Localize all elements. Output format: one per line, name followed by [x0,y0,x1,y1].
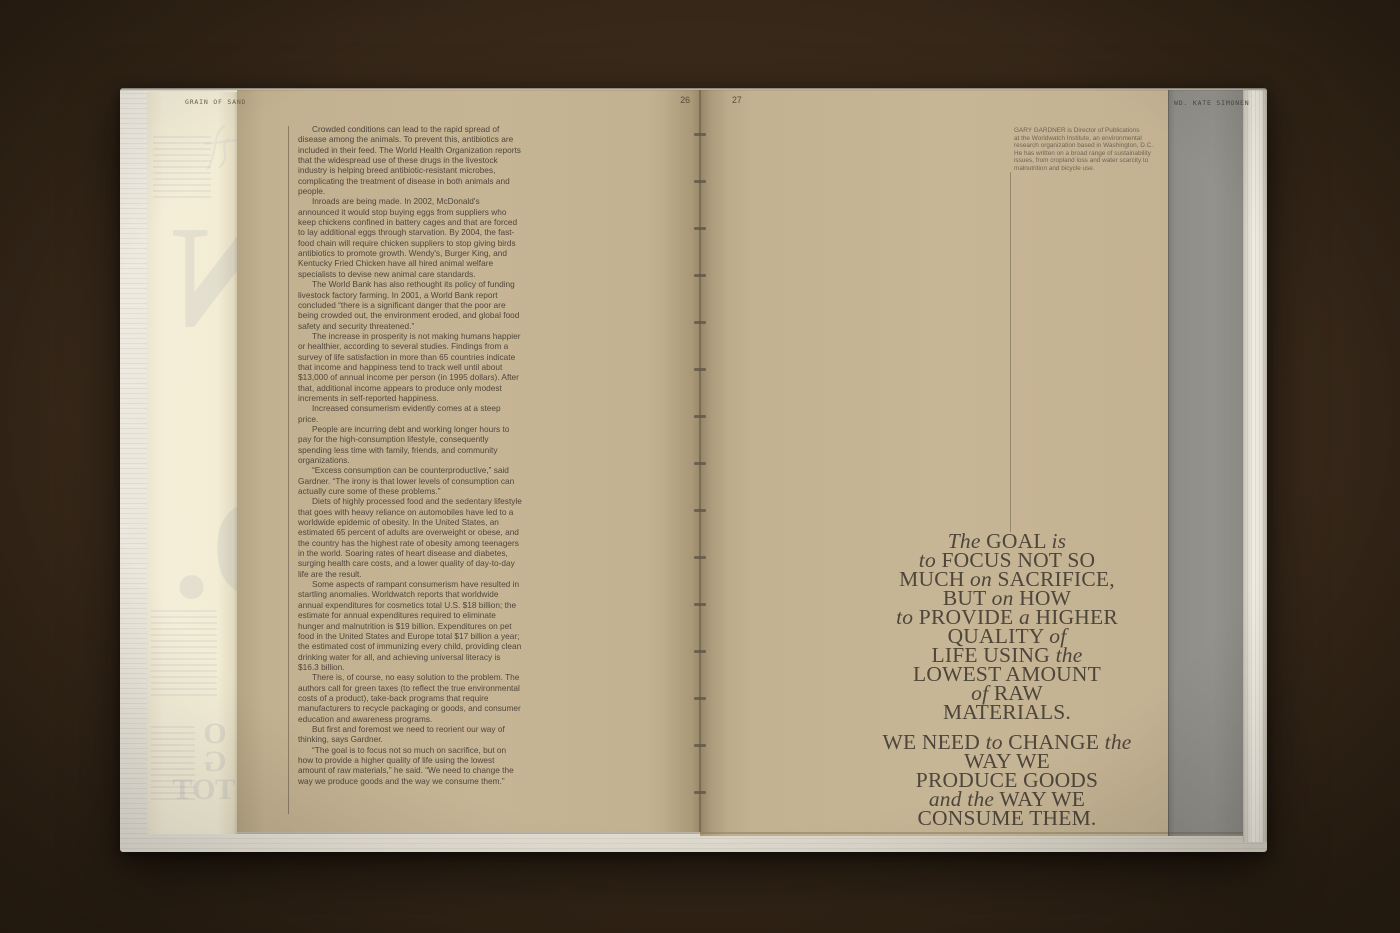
article-text: Crowded conditions can lead to the rapid… [298,124,522,786]
stitch-mark [694,791,706,794]
page-top-edge [120,88,1267,91]
quote-word-caps: CONSUME THEM. [918,806,1097,830]
stitch-mark [694,603,706,606]
caption-line: research organization based in Washingto… [1014,142,1154,150]
caption-line: GARY GARDNER is Director of Publications [1014,127,1154,135]
caption-line: He has written on a broad range of susta… [1014,150,1154,158]
stitch-mark [694,227,706,230]
ghost-letter-d: D. [173,474,237,622]
ghost-letter: G [195,748,235,776]
caption-rule [1010,172,1011,532]
stitch-mark [694,556,706,559]
paragraph: Increased consumerism evidently comes at… [298,403,522,424]
ghost-letter-stack: OGTOT [195,720,235,804]
stitch-mark [694,462,706,465]
stitch-mark [694,180,706,183]
paragraph: Diets of highly processed food and the s… [298,496,522,579]
stitch-mark [694,650,706,653]
ghost-letter: O [195,720,235,748]
stitch-mark [694,744,706,747]
paragraph: Inroads are being made. In 2002, McDonal… [298,196,522,279]
cream-page: N D. OGTOT [147,92,237,834]
caption-line: at the Worldwatch Institute, an environm… [1014,135,1154,143]
stitch-mark [694,509,706,512]
paragraph: “Excess consumption can be counterproduc… [298,465,522,496]
page-edges-right [1243,90,1267,842]
stitch-mark [694,321,706,324]
quote-line: CONSUME THEM. [817,809,1197,828]
book-spread: N D. OGTOT GRAIN OF SAND WD. KATE SIMONE… [120,88,1267,852]
paragraph: The increase in prosperity is not making… [298,331,522,403]
stitch-mark [694,415,706,418]
stitch-mark [694,274,706,277]
page-number-left: 26 [660,95,690,105]
photo-backdrop: N D. OGTOT GRAIN OF SAND WD. KATE SIMONE… [0,0,1400,933]
paragraph: But first and foremost we need to reorie… [298,724,522,745]
pull-quote: The GOAL isto FOCUS NOT SOMUCH on SACRIF… [817,532,1197,828]
running-head-left: GRAIN OF SAND [185,98,246,106]
paragraph: Some aspects of rampant consumerism have… [298,579,522,672]
ghost-letter: TOT [195,776,235,804]
quote-word-caps: MATERIALS. [943,700,1071,724]
paragraph: People are incurring debt and working lo… [298,424,522,465]
paragraph: Crowded conditions can lead to the rapid… [298,124,522,196]
column-rule [288,126,289,814]
caption-line: issues, from cropland loss and water sca… [1014,157,1154,165]
ghost-text-block [151,610,217,698]
page-number-right: 27 [732,95,742,105]
quote-word-italic: the [1105,730,1132,754]
paragraph: The World Bank has also rethought its po… [298,279,522,331]
stitch-mark [694,133,706,136]
quote-word-italic: to [896,605,913,629]
spine-stitching [699,90,701,832]
running-head-right: WD. KATE SIMONEN [1174,99,1249,107]
pull-quote-stanza-2: WE NEED to CHANGE theWAY WEPRODUCE GOODS… [817,733,1197,828]
ghost-text-block [153,136,211,202]
caption-line: malnutrition and bicycle use. [1014,165,1154,173]
quote-line: MATERIALS. [817,703,1197,722]
paragraph: “The goal is to focus not so much on sac… [298,745,522,786]
ghost-letter-n: N [171,204,237,352]
stitch-mark [694,368,706,371]
stitch-mark [694,697,706,700]
paragraph: There is, of course, no easy solution to… [298,672,522,724]
author-caption: GARY GARDNER is Director of Publications… [1014,127,1154,172]
page-bottom-edge [237,832,1243,834]
pull-quote-stanza-1: The GOAL isto FOCUS NOT SOMUCH on SACRIF… [817,532,1197,722]
